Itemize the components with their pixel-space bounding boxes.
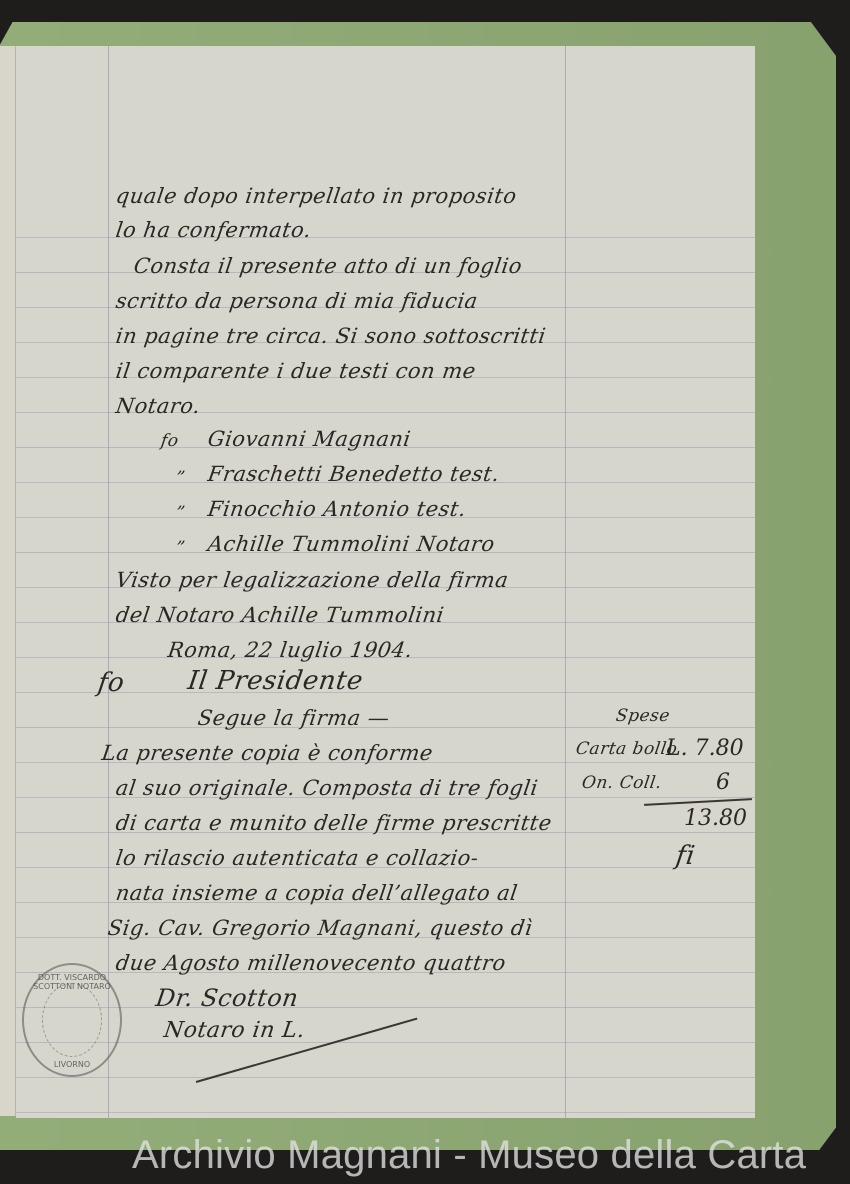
notary-title: Notaro in L. <box>162 1018 307 1043</box>
text-line: il comparente i due testi con me <box>114 359 477 383</box>
notary-signature: Dr. Scotton <box>154 984 300 1012</box>
signature-prefix: fo <box>160 431 180 451</box>
fee-amount: 6 <box>716 770 730 795</box>
signature-prefix: ” <box>175 538 187 558</box>
coat-of-arms-icon <box>42 983 102 1057</box>
certification-line: La presente copia è conforme <box>100 741 434 765</box>
signature-name: Finocchio Antonio test. <box>206 497 468 521</box>
fee-label: On. Coll. <box>581 773 664 793</box>
text-line: Notaro. <box>114 394 202 418</box>
signature-name: Fraschetti Benedetto test. <box>206 462 501 486</box>
fee-label: Carta bollo <box>575 739 679 759</box>
archive-watermark: Archivio Magnani - Museo della Carta <box>132 1133 806 1178</box>
segue-firma: Segue la firma — <box>196 706 391 730</box>
signature-name: Giovanni Magnani <box>206 427 412 451</box>
fees-header: Spese <box>615 706 672 726</box>
signature-prefix: ” <box>175 503 187 523</box>
fees-total-rule <box>644 798 752 805</box>
text-line: lo ha confermato. <box>114 218 313 242</box>
certification-line: lo rilascio autenticata e collazio- <box>114 846 480 870</box>
text-line: in pagine tre circa. Si sono sottoscritt… <box>114 324 547 348</box>
fee-amount: L. 7.80 <box>666 736 744 761</box>
document-page: quale dopo interpellato in proposito lo … <box>16 46 755 1118</box>
signature-prefix: ” <box>175 468 187 488</box>
left-margin-rule <box>108 46 109 1118</box>
text-line: scritto da persona di mia fiducia <box>114 289 479 313</box>
signature-name: Achille Tummolini Notaro <box>206 532 496 556</box>
certification-line: al suo originale. Composta di tre fogli <box>114 776 539 800</box>
president-label: Il Presidente <box>186 666 365 696</box>
legalization-line: del Notaro Achille Tummolini <box>114 603 445 627</box>
right-margin-rule <box>565 46 566 1118</box>
certification-line: nata insieme a copia dell’allegato al <box>114 881 519 905</box>
fees-total: 13.80 <box>684 806 747 831</box>
text-line: Consta il presente atto di un foglio <box>132 254 524 278</box>
previous-page-edge <box>0 46 17 1116</box>
certification-line: due Agosto millenovecento quattro <box>114 951 507 975</box>
president-mark: fo <box>96 668 126 698</box>
place-date: Roma, 22 luglio 1904. <box>166 638 414 662</box>
notary-seal-stamp: DOTT. VISCARDO SCOTTONI NOTARO LIVORNO <box>22 963 122 1077</box>
certification-line: Sig. Cav. Gregorio Magnani, questo dì <box>106 916 534 940</box>
fees-initial: fi <box>674 841 697 871</box>
text-line: quale dopo interpellato in proposito <box>114 184 518 208</box>
stamp-bottom-text: LIVORNO <box>24 1060 120 1069</box>
certification-line: di carta e munito delle firme prescritte <box>114 811 553 835</box>
legalization-line: Visto per legalizzazione della firma <box>114 568 510 592</box>
